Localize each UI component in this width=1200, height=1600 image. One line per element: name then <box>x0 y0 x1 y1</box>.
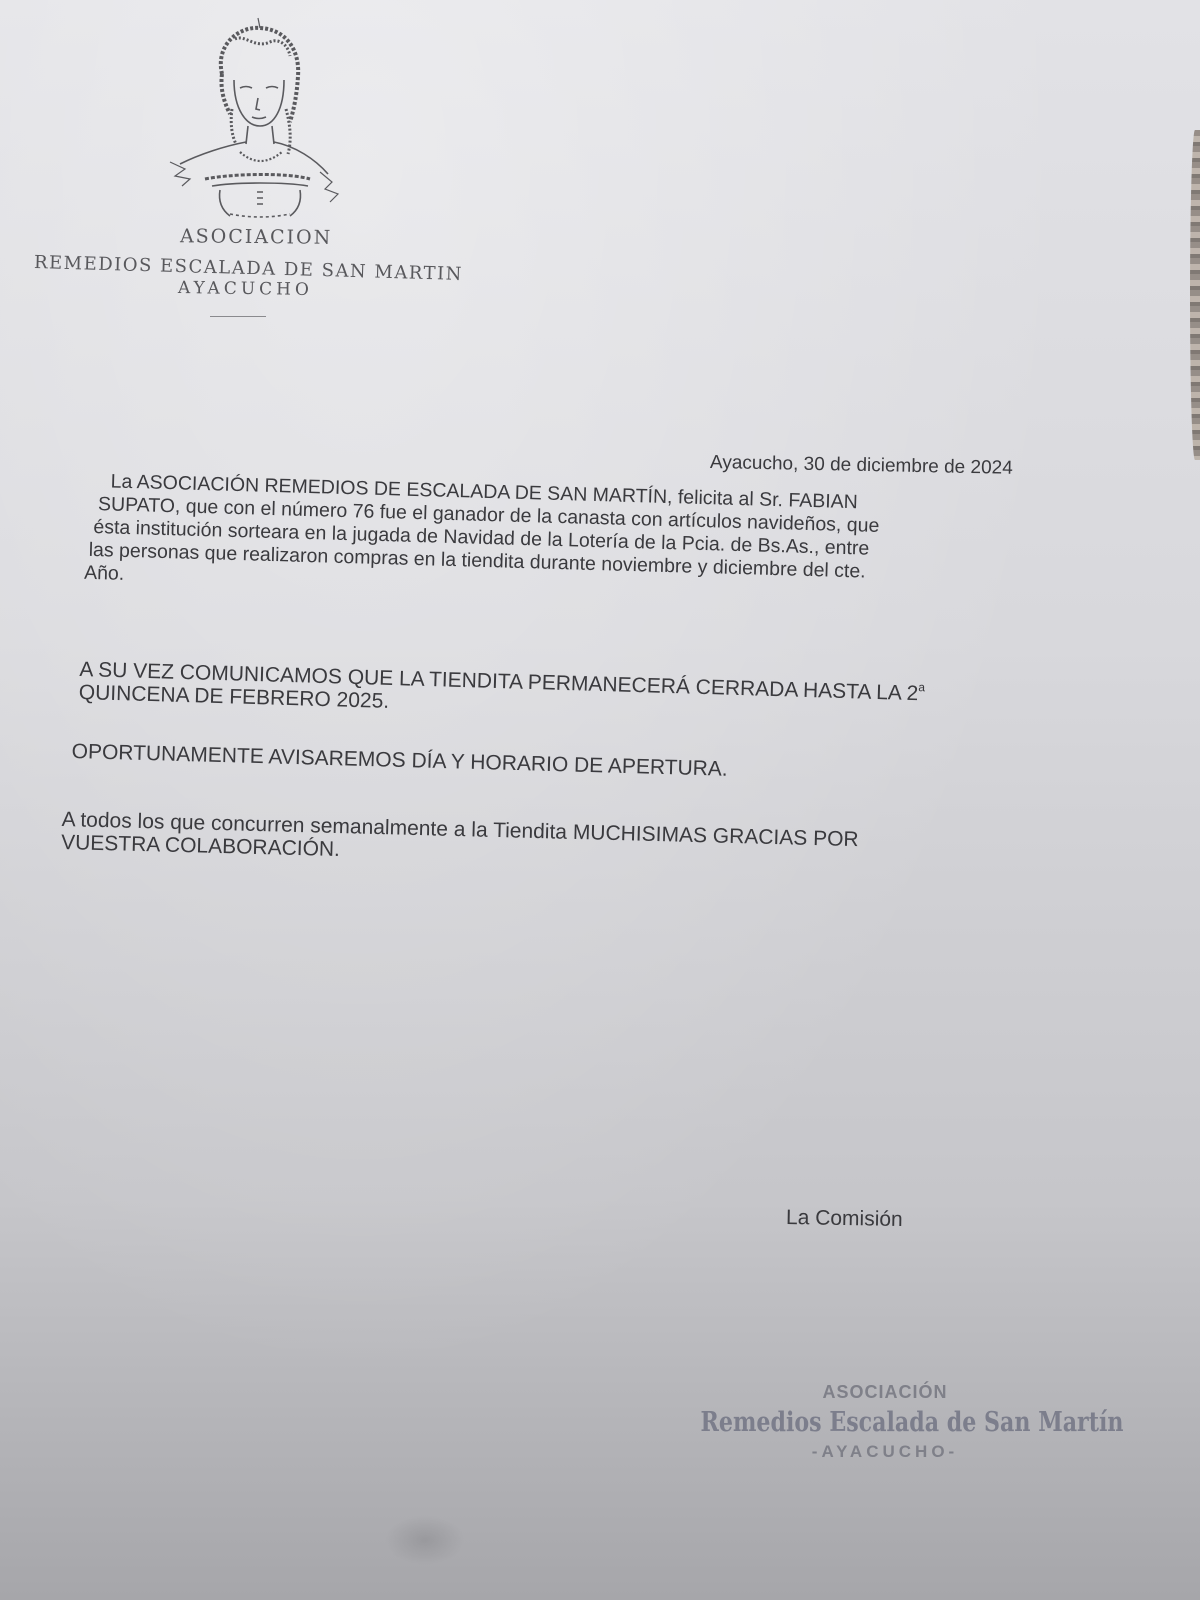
paragraph-line: OPORTUNAMENTE AVISAREMOS DÍA Y HORARIO D… <box>71 740 728 781</box>
smudge-mark <box>385 1515 465 1565</box>
ordinal-superscript: a <box>918 680 925 694</box>
woman-portrait-icon <box>160 14 345 219</box>
letterhead-rule <box>210 316 266 317</box>
paragraph-thanks: A todos los que concurren semanalmente a… <box>61 808 859 874</box>
letterhead-association: ASOCIACION <box>180 225 333 249</box>
document-page: ASOCIACION REMEDIOS ESCALADA DE SAN MART… <box>0 0 1200 1600</box>
letterhead-city: AYACUCHO <box>178 278 313 300</box>
paragraph-opening-notice: OPORTUNAMENTE AVISAREMOS DÍA Y HORARIO D… <box>71 740 728 781</box>
stamp-city: -AYACUCHO- <box>660 1442 1110 1462</box>
stamp-name: Remedios Escalada de San Martín <box>701 1407 1070 1438</box>
stamp-association: ASOCIACIÓN <box>660 1382 1110 1403</box>
signature: La Comisión <box>786 1206 903 1232</box>
association-stamp: ASOCIACIÓN Remedios Escalada de San Mart… <box>660 1382 1110 1462</box>
paragraph-closure-notice: A SU VEZ COMUNICAMOS QUE LA TIENDITA PER… <box>79 652 926 728</box>
page-edge-shadow <box>1190 130 1200 460</box>
paragraph-congratulations: La ASOCIACIÓN REMEDIOS DE ESCALADA DE SA… <box>92 470 1105 613</box>
document-date: Ayacucho, 30 de diciembre de 2024 <box>710 452 1013 480</box>
